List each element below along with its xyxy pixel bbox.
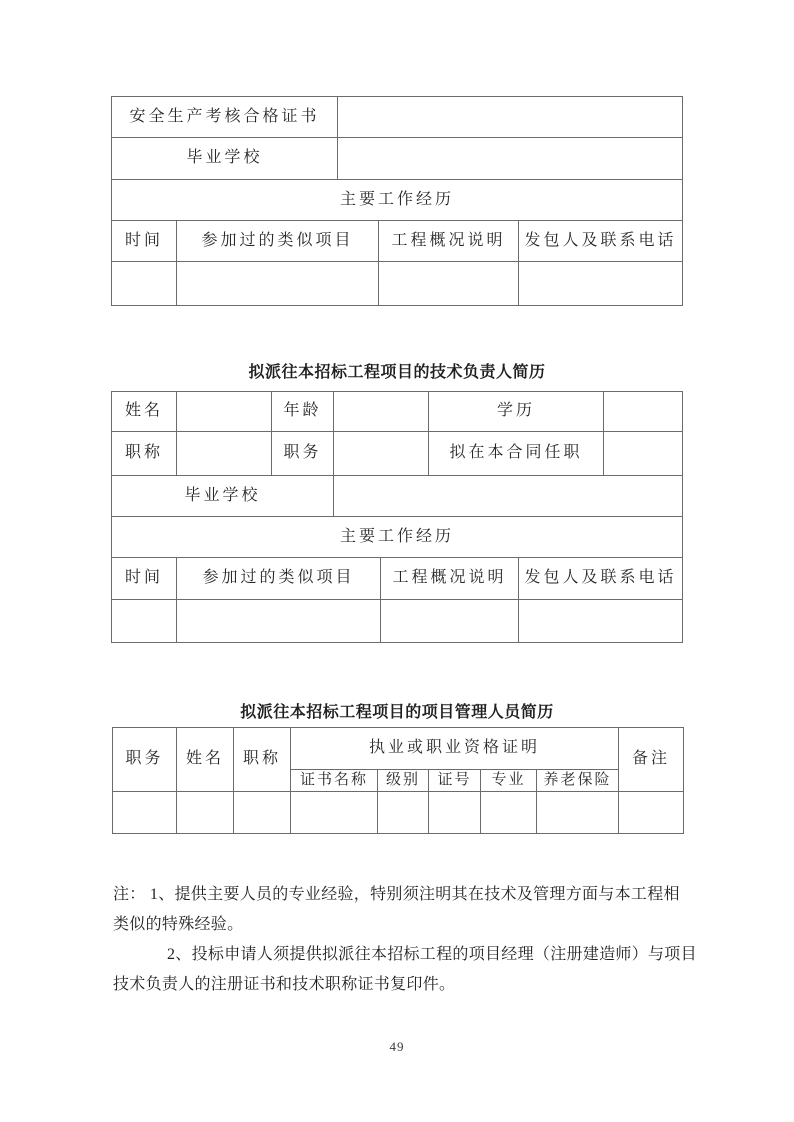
cell-subcol-cert-name: 证书名称 bbox=[291, 770, 378, 792]
document-page: 安全生产考核合格证书 毕业学校 主要工作经历 时间 参加过的类似项目 工程概况说… bbox=[0, 0, 794, 1122]
cell-empty bbox=[234, 792, 291, 834]
note-line-3: 2、投标申请人须提供拟派往本招标工程的项目经理（注册建造师）与项目 bbox=[113, 940, 685, 970]
cell-empty bbox=[537, 792, 619, 834]
cell-empty bbox=[177, 262, 379, 306]
cell-prof-title-label: 职称 bbox=[112, 432, 177, 476]
cell-prof-title-label: 职称 bbox=[234, 728, 291, 792]
cell-empty bbox=[381, 600, 519, 643]
cell-safety-cert-value bbox=[338, 97, 683, 138]
cell-prof-title-value bbox=[177, 432, 272, 476]
note-line-4: 技术负责人的注册证书和技术职称证书复印件。 bbox=[113, 970, 685, 1000]
cell-empty bbox=[112, 262, 177, 306]
cell-empty bbox=[519, 262, 683, 306]
tech-director-resume-table: 姓名 年龄 学历 职称 职务 拟在本合同任职 毕业学校 主要工作经历 时间 参加… bbox=[111, 391, 683, 643]
cell-col-similar-projects: 参加过的类似项目 bbox=[177, 221, 379, 262]
cell-subcol-cert-no: 证号 bbox=[429, 770, 481, 792]
cell-col-employer-contact: 发包人及联系电话 bbox=[519, 558, 683, 600]
cell-empty bbox=[177, 600, 381, 643]
cell-position-value bbox=[334, 432, 429, 476]
cell-empty bbox=[113, 792, 177, 834]
cell-education-value bbox=[604, 392, 683, 432]
notes-block: 注： 1、提供主要人员的专业经验，特别须注明其在技术及管理方面与本工程相 类似的… bbox=[113, 880, 685, 1000]
cell-name-label: 姓名 bbox=[177, 728, 234, 792]
cell-remark-label: 备注 bbox=[619, 728, 684, 792]
cell-empty bbox=[177, 792, 234, 834]
cell-empty bbox=[619, 792, 684, 834]
cell-name-value bbox=[177, 392, 272, 432]
project-manager-resume-table: 安全生产考核合格证书 毕业学校 主要工作经历 时间 参加过的类似项目 工程概况说… bbox=[111, 96, 683, 306]
cell-position-label: 职务 bbox=[113, 728, 177, 792]
cell-safety-cert-label: 安全生产考核合格证书 bbox=[112, 97, 338, 138]
cell-col-project-overview: 工程概况说明 bbox=[379, 221, 519, 262]
pm-personnel-resume-table: 职务 姓名 职称 执业或职业资格证明 备注 证书名称 级别 证号 专业 养老保险 bbox=[112, 727, 684, 834]
cell-proposed-role-value bbox=[604, 432, 683, 476]
cell-empty bbox=[291, 792, 378, 834]
cell-empty bbox=[112, 600, 177, 643]
cell-col-time: 时间 bbox=[112, 221, 177, 262]
cell-education-label: 学历 bbox=[429, 392, 604, 432]
cell-col-employer-contact: 发包人及联系电话 bbox=[519, 221, 683, 262]
cell-col-project-overview: 工程概况说明 bbox=[381, 558, 519, 600]
cell-school-label: 毕业学校 bbox=[112, 138, 338, 180]
cell-subcol-pension: 养老保险 bbox=[537, 770, 619, 792]
cell-empty bbox=[519, 600, 683, 643]
cell-age-value bbox=[334, 392, 429, 432]
pm-personnel-resume-title: 拟派往本招标工程项目的项目管理人员简历 bbox=[0, 699, 794, 722]
note-line-2: 类似的特殊经验。 bbox=[113, 910, 685, 940]
cell-col-similar-projects: 参加过的类似项目 bbox=[177, 558, 381, 600]
cell-subcol-major: 专业 bbox=[481, 770, 537, 792]
cell-empty bbox=[378, 792, 429, 834]
cell-qualification-label: 执业或职业资格证明 bbox=[291, 728, 619, 770]
cell-empty bbox=[379, 262, 519, 306]
cell-empty bbox=[481, 792, 537, 834]
tech-director-resume-title: 拟派往本招标工程项目的技术负责人简历 bbox=[0, 359, 794, 382]
cell-position-label: 职务 bbox=[272, 432, 334, 476]
page-number: 49 bbox=[0, 1039, 794, 1055]
cell-subcol-level: 级别 bbox=[378, 770, 429, 792]
cell-work-history-label: 主要工作经历 bbox=[112, 517, 683, 558]
cell-col-time: 时间 bbox=[112, 558, 177, 600]
cell-age-label: 年龄 bbox=[272, 392, 334, 432]
cell-school-value bbox=[338, 138, 683, 180]
note-line-1: 注： 1、提供主要人员的专业经验，特别须注明其在技术及管理方面与本工程相 bbox=[113, 880, 685, 910]
cell-name-label: 姓名 bbox=[112, 392, 177, 432]
cell-proposed-role-label: 拟在本合同任职 bbox=[429, 432, 604, 476]
cell-school-value bbox=[334, 476, 683, 517]
cell-school-label: 毕业学校 bbox=[112, 476, 334, 517]
cell-work-history-label: 主要工作经历 bbox=[112, 180, 683, 221]
cell-empty bbox=[429, 792, 481, 834]
